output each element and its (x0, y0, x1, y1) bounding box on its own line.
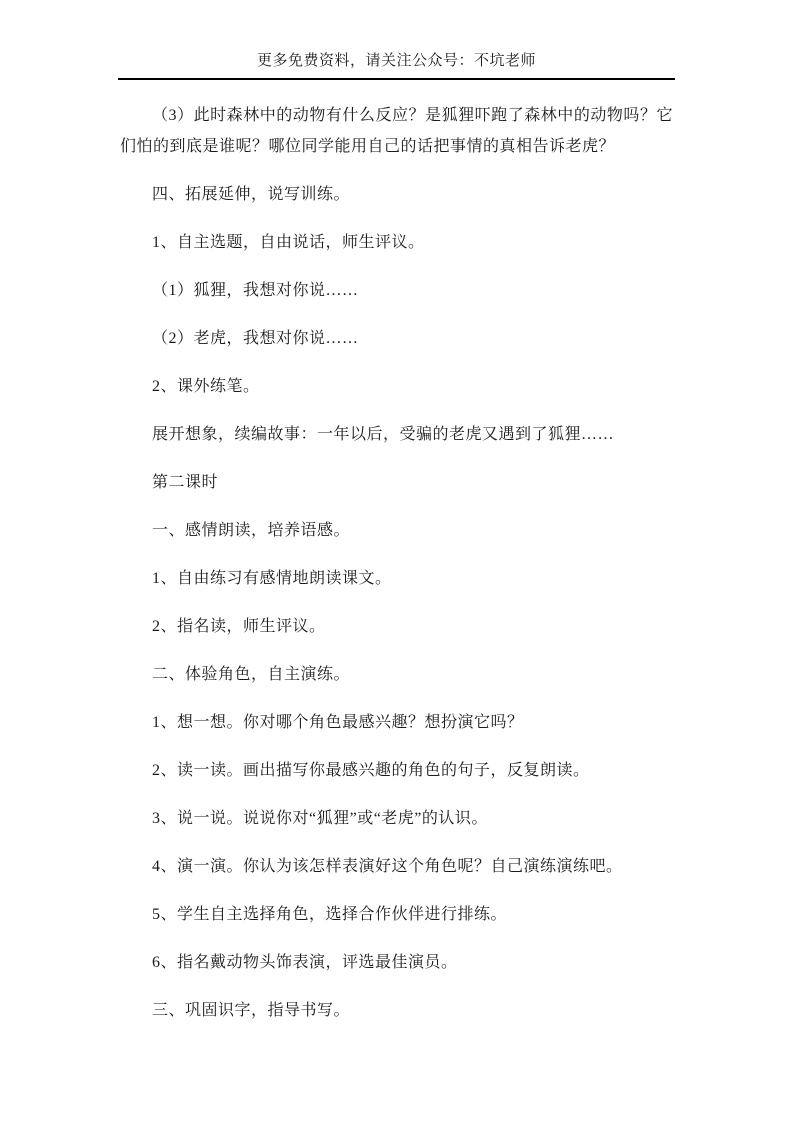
paragraph: （3）此时森林中的动物有什么反应？是狐狸吓跑了森林中的动物吗？它们怕的到底是谁呢… (120, 100, 673, 162)
paragraph: 二、体验角色，自主演练。 (120, 659, 673, 690)
paragraph: 第二课时 (120, 467, 673, 498)
paragraph: 1、想一想。你对哪个角色最感兴趣？想扮演它吗？ (120, 707, 673, 738)
page-header: 更多免费资料，请关注公众号：不坑老师 (118, 50, 675, 80)
paragraph: 2、读一读。画出描写你最感兴趣的角色的句子，反复朗读。 (120, 755, 673, 786)
paragraph: 1、自由练习有感情地朗读课文。 (120, 563, 673, 594)
paragraph: 一、感情朗读，培养语感。 (120, 515, 673, 546)
paragraph: 1、自主选题，自由说话，师生评议。 (120, 227, 673, 258)
paragraph: 4、演一演。你认为该怎样表演好这个角色呢？自己演练演练吧。 (120, 851, 673, 882)
document-body: （3）此时森林中的动物有什么反应？是狐狸吓跑了森林中的动物吗？它们怕的到底是谁呢… (120, 100, 673, 1043)
paragraph: 展开想象，续编故事：一年以后，受骗的老虎又遇到了狐狸…… (120, 419, 673, 450)
document-page: 更多免费资料，请关注公众号：不坑老师 （3）此时森林中的动物有什么反应？是狐狸吓… (0, 0, 793, 1122)
header-note: 更多免费资料，请关注公众号：不坑老师 (257, 53, 536, 69)
paragraph: 5、学生自主选择角色，选择合作伙伴进行排练。 (120, 899, 673, 930)
paragraph: 三、巩固识字，指导书写。 (120, 995, 673, 1026)
paragraph: 2、指名读，师生评议。 (120, 611, 673, 642)
paragraph: 6、指名戴动物头饰表演，评选最佳演员。 (120, 947, 673, 978)
paragraph: 2、课外练笔。 (120, 371, 673, 402)
paragraph: 3、说一说。说说你对“狐狸”或“老虎”的认识。 (120, 803, 673, 834)
paragraph: 四、拓展延伸，说写训练。 (120, 179, 673, 210)
paragraph: （2）老虎，我想对你说…… (120, 323, 673, 354)
paragraph: （1）狐狸，我想对你说…… (120, 275, 673, 306)
